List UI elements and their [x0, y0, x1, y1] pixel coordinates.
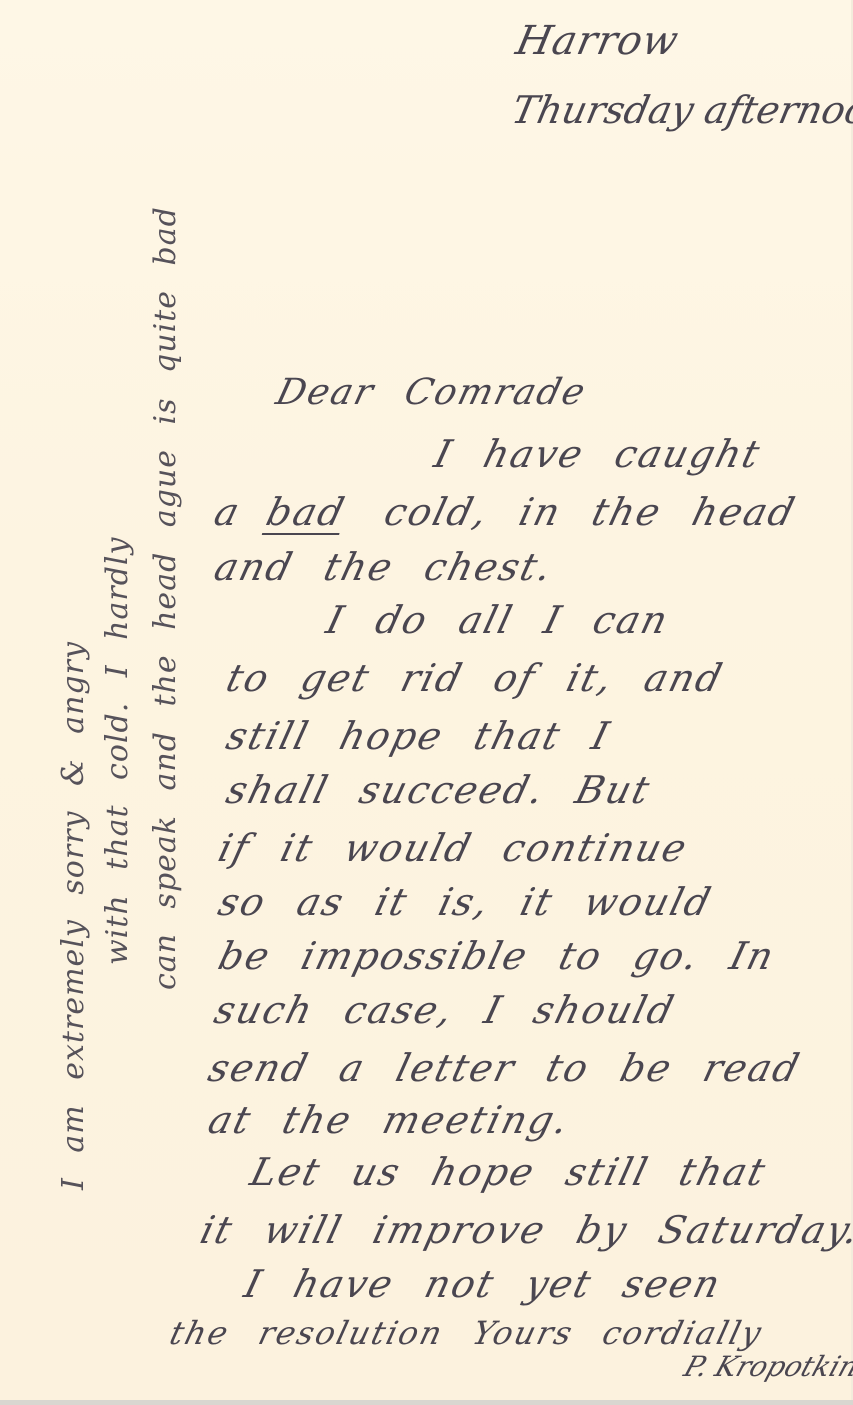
body-line-3: and the chest. [210, 545, 558, 589]
letter-place: Harrow [512, 18, 683, 64]
body-line-16: I have not yet seen [240, 1262, 726, 1306]
body-line-14: Let us hope still that [246, 1150, 771, 1194]
paper-bottom-edge [0, 1400, 853, 1405]
letter-date: Thursday afternoon [508, 88, 853, 132]
body-line-4: I do all I can [322, 598, 674, 642]
body-line-7: shall succeed. But [222, 768, 656, 812]
body-line-11: such case, I should [210, 988, 680, 1032]
body-line-5: to get rid of it, and [222, 656, 728, 700]
body-line-10: be impossible to go. In [214, 934, 780, 978]
body-line-17: the resolution Yours cordially [166, 1314, 767, 1352]
body-line-12: send a letter to be read [204, 1046, 805, 1090]
body-line-9: so as it is, it would [214, 880, 717, 924]
signature: P. Kropotkin [680, 1350, 853, 1383]
body-line-6: still hope that I [222, 714, 615, 758]
body-line-15: it will improve by Saturday. [196, 1208, 853, 1252]
salutation: Dear Comrade [272, 372, 591, 413]
body-line-13: at the meeting. [204, 1098, 575, 1142]
body-line-8: if it would continue [214, 826, 693, 870]
body-line-2-rest: cold, in the head [380, 490, 801, 534]
body-line-1: I have caught [430, 432, 766, 476]
body-line-2-emphasis: bad [262, 490, 350, 534]
